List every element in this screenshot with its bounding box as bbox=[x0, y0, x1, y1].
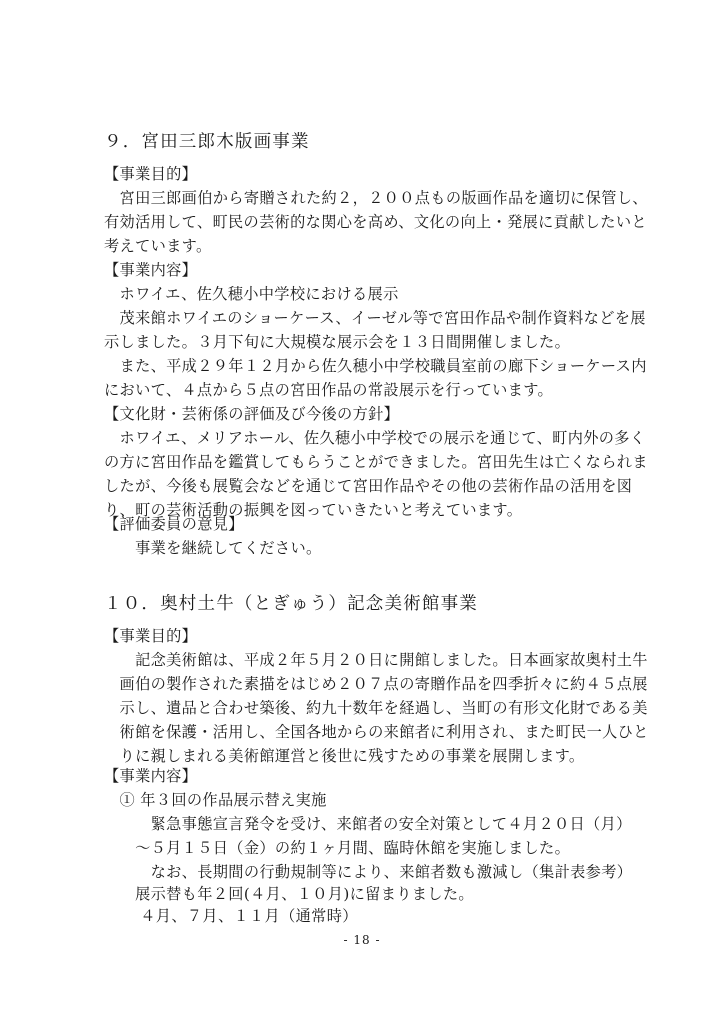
section-9-content-line: ホワイエ、佐久穂小中学校における展示 bbox=[104, 284, 399, 304]
section-9-committee-line: 事業を継続してください。 bbox=[104, 538, 322, 558]
section-9-content-heading: 【事業内容】 bbox=[104, 260, 197, 280]
section-10-content-line: なお、長期間の行動規制等により、来館者数も激減し（集計表参考） bbox=[104, 862, 632, 882]
section-10-content-line: 緊急事態宣言発令を受け、来館者の安全対策として４月２０日（月） bbox=[104, 814, 632, 834]
section-10-content-line: ４月、７月、１１月（通常時） bbox=[104, 906, 358, 926]
section-9-content-line: また、平成２９年１２月から佐久穂小中学校職員室前の廊下ショーケース内 bbox=[104, 356, 647, 376]
section-10-purpose-line: 記念美術館は、平成２年５月２０日に開館しました。日本画家故奥村土牛 bbox=[104, 650, 648, 670]
section-9-content-line: 茂来館ホワイエのショーケース、イーゼル等で宮田作品や制作資料などを展 bbox=[104, 308, 646, 328]
section-10-purpose-heading: 【事業目的】 bbox=[104, 626, 197, 646]
section-10-purpose-line: 示し、遺品と合わせ築後、約九十数年を経過し、当町の有形文化財である美 bbox=[104, 698, 648, 718]
section-10-purpose-line: 術館を保護・活用し、全国各地からの来館者に利用され、また町民一人ひと bbox=[104, 722, 649, 742]
section-9-evaluation-heading: 【文化財・芸術係の評価及び今後の方針】 bbox=[104, 404, 399, 424]
section-9-purpose-line: 宮田三郎画伯から寄贈された約２，２００点もの版画作品を適切に保管し、 bbox=[104, 188, 648, 208]
section-9-content-line: 示しました。３月下旬に大規模な展示会を１３日間開催しました。 bbox=[104, 332, 570, 352]
section-10-content-line: 展示替も年２回(４月、１０月)に留まりました。 bbox=[104, 884, 474, 904]
section-10-purpose-line: りに親しまれる美術館運営と後世に残すための事業を展開します。 bbox=[104, 746, 584, 766]
section-10-content-line: ① 年３回の作品展示替え実施 bbox=[104, 790, 327, 810]
section-9-purpose-heading: 【事業目的】 bbox=[104, 164, 197, 184]
section-10-content-heading: 【事業内容】 bbox=[104, 766, 197, 786]
section-9-evaluation-line: の方に宮田作品を鑑賞してもらうことができました。宮田先生は亡くなられま bbox=[104, 452, 648, 472]
section-9-evaluation-line: ホワイエ、メリアホール、佐久穂小中学校での展示を通じて、町内外の多く bbox=[104, 428, 645, 448]
section-9-title: ９．宮田三郎木版画事業 bbox=[104, 132, 310, 152]
section-9-content-line: において、４点から５点の宮田作品の常設展示を行っています。 bbox=[104, 380, 553, 400]
section-9-purpose-line: 有効活用して、町民の芸術的な関心を高め、文化の向上・発展に貢献したいと bbox=[104, 212, 647, 232]
section-10-content-line: ～５月１５日（金）の約１ヶ月間、臨時休館を実施しました。 bbox=[104, 838, 570, 858]
section-9-committee-heading: 【評価委員の意見】 bbox=[104, 514, 244, 534]
section-10-purpose-line: 画伯の製作された素描をはじめ２０７点の寄贈作品を四季折々に約４５点展 bbox=[104, 674, 648, 694]
section-10-title: １０．奥村土牛（とぎゅう）記念美術館事業 bbox=[104, 594, 478, 614]
page-number: - 18 - bbox=[0, 933, 724, 947]
section-9-purpose-line: 考えています。 bbox=[104, 236, 212, 256]
section-9-evaluation-line: したが、今後も展覧会などを通じて宮田作品やその他の芸術作品の活用を図 bbox=[104, 476, 632, 496]
